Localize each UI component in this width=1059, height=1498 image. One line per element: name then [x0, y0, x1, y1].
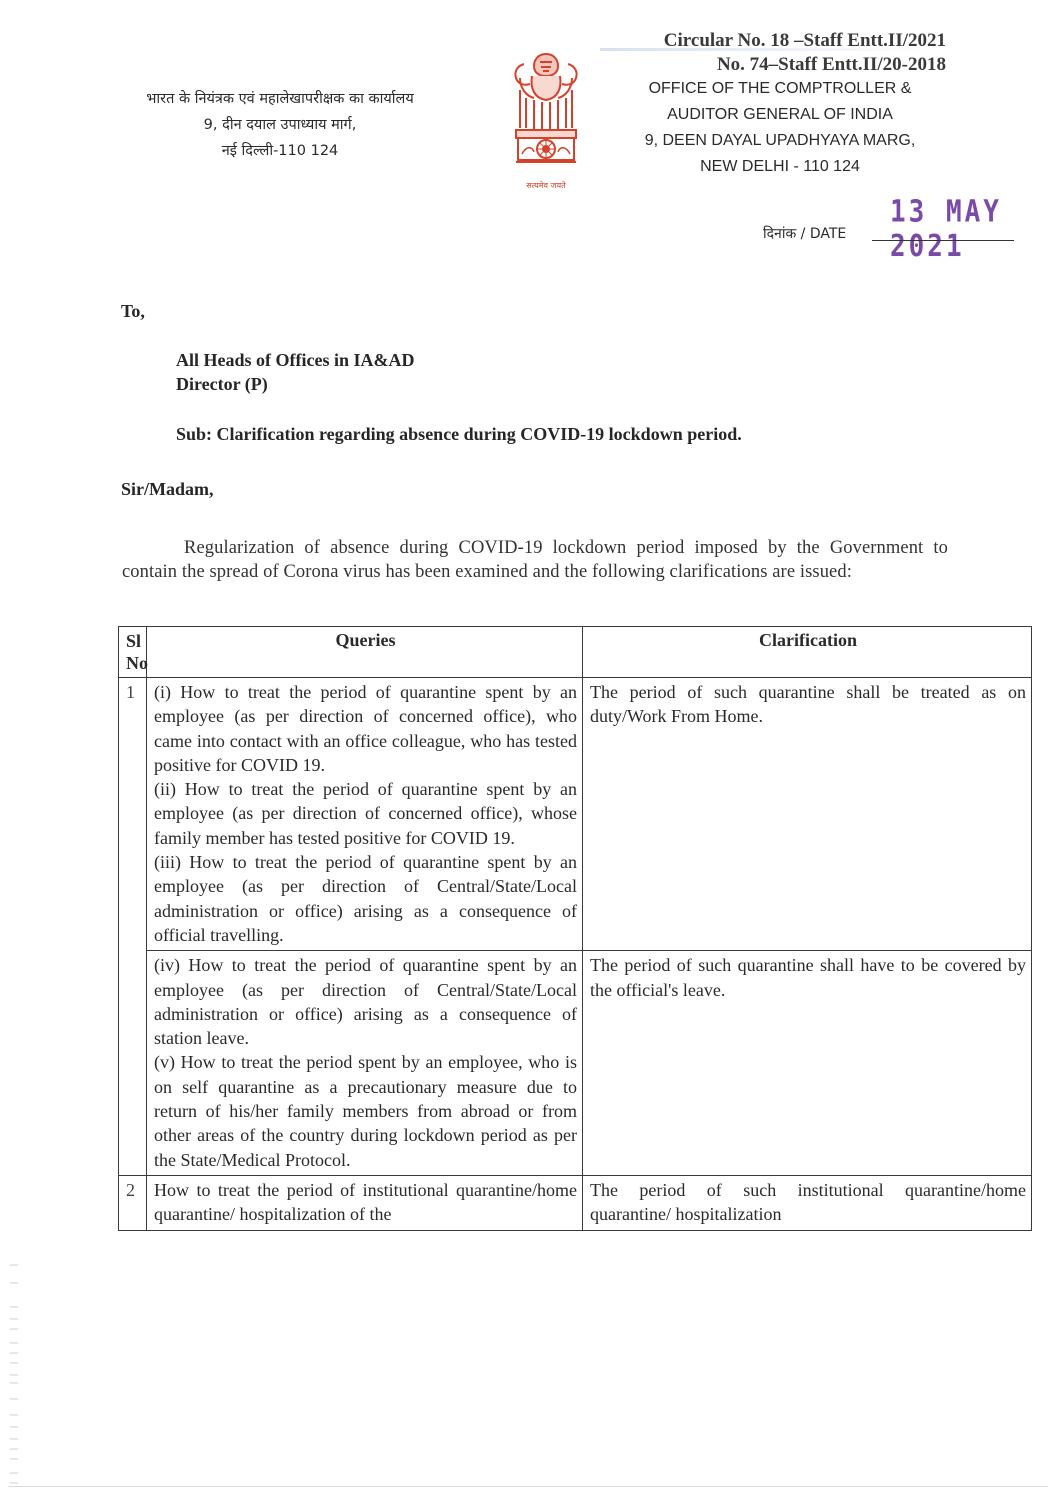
clarification-table: Sl No Queries Clarification 1 (i) How to… [118, 626, 1032, 1231]
office-address-hindi: 9, दीन दयाल उपाध्याय मार्ग, [90, 114, 470, 134]
office-name-line-2: AUDITOR GENERAL OF INDIA [610, 106, 950, 124]
date-label: दिनांक / DATE [763, 224, 846, 243]
circular-number: Circular No. 18 –Staff Entt.II/2021 [664, 30, 946, 52]
table-header-row: Sl No Queries Clarification [119, 627, 1032, 678]
emblem-motto: सत्यमेव जयते [504, 180, 588, 191]
query-item: (iv) How to treat the period of quaranti… [154, 953, 577, 1050]
salutation: Sir/Madam, [121, 479, 214, 500]
date-stamp: 13 MAY 2021 [890, 195, 1059, 264]
file-number: No. 74–Staff Entt.II/20-2018 [717, 54, 946, 76]
header-sl-no: Sl No [119, 627, 147, 678]
addressee-2: Director (P) [176, 374, 268, 395]
row-sl-number: 1 [119, 678, 147, 1176]
table-row: 1 (i) How to treat the period of quarant… [119, 678, 1032, 951]
office-address: 9, DEEN DAYAL UPADHYAYA MARG, [610, 132, 950, 150]
query-item: (iii) How to treat the period of quarant… [154, 850, 577, 947]
addressee-1: All Heads of Offices in IA&AD [176, 350, 414, 371]
query-item: (i) How to treat the period of quarantin… [154, 680, 577, 777]
query-cell: (iv) How to treat the period of quaranti… [147, 951, 583, 1176]
scan-artifact [8, 1486, 1048, 1487]
clarification-cell: The period of such quarantine shall have… [583, 951, 1032, 1176]
national-emblem-icon: सत्यमेव जयते [510, 50, 582, 195]
clarification-cell: The period of such institutional quarant… [583, 1175, 1032, 1230]
row-sl-number: 2 [119, 1175, 147, 1230]
query-cell: How to treat the period of institutional… [147, 1175, 583, 1230]
table-row: 2 How to treat the period of institution… [119, 1175, 1032, 1230]
header-clarification: Clarification [583, 627, 1032, 678]
query-item: (ii) How to treat the period of quaranti… [154, 777, 577, 850]
intro-paragraph: Regularization of absence during COVID-1… [122, 536, 948, 584]
query-cell: (i) How to treat the period of quarantin… [147, 678, 583, 951]
office-city-hindi: नई दिल्ली-110 124 [90, 140, 470, 160]
office-city: NEW DELHI - 110 124 [610, 158, 950, 176]
clarification-cell: The period of such quarantine shall be t… [583, 678, 1032, 951]
to-label: To, [121, 301, 145, 322]
office-name-line-1: OFFICE OF THE COMPTROLLER & [610, 80, 950, 98]
scan-edge-marks [8, 1255, 22, 1495]
query-item: (v) How to treat the period spent by an … [154, 1050, 577, 1171]
subject-line: Sub: Clarification regarding absence dur… [176, 424, 742, 445]
table-row: (iv) How to treat the period of quaranti… [119, 951, 1032, 1176]
header-queries: Queries [147, 627, 583, 678]
office-name-hindi: भारत के नियंत्रक एवं महालेखापरीक्षक का क… [90, 88, 470, 108]
date-line [872, 240, 1014, 241]
